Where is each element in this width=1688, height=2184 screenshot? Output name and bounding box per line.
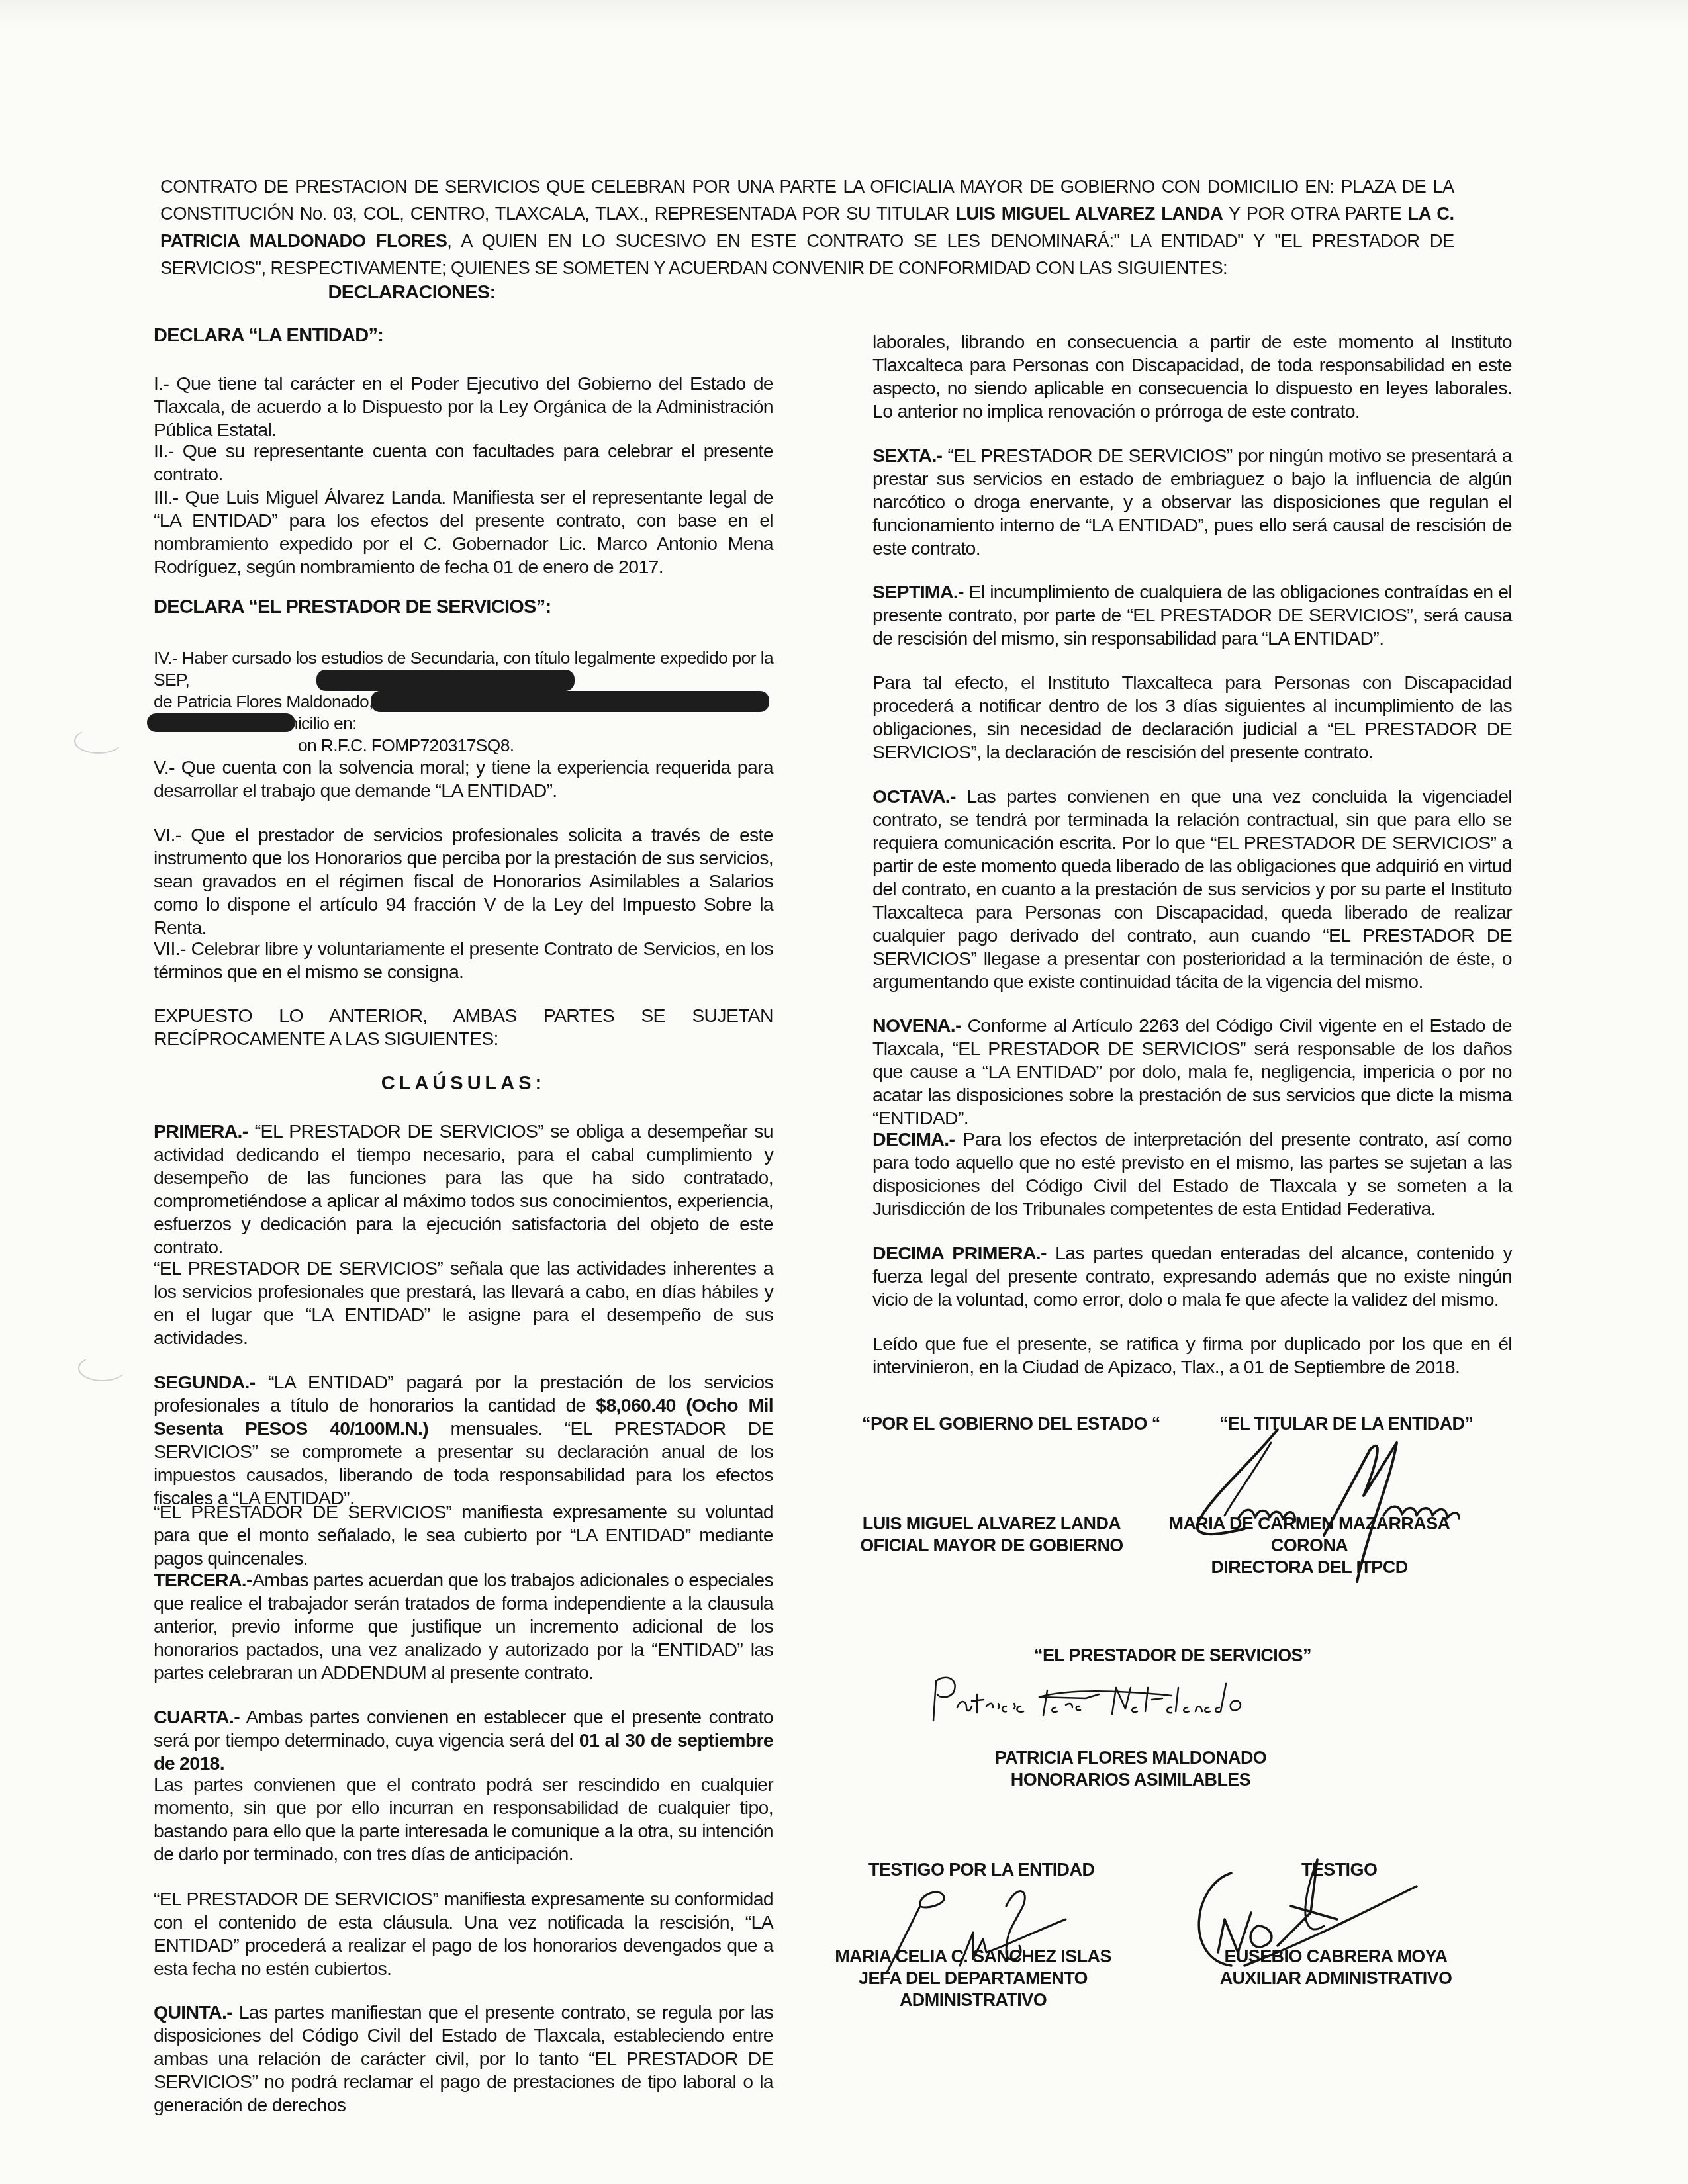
clausula-cuarta-p3: “EL PRESTADOR DE SERVICIOS” manifiesta e…: [154, 1888, 773, 1981]
clausula-quinta: QUINTA.- Las partes manifiestan que el p…: [154, 2001, 773, 2117]
clausula-cuarta-p2: Las partes convienen que el contrato pod…: [154, 1774, 773, 1866]
testigo1-signer: MARIA CELIA C. SANCHEZ ISLAS JEFA DEL DE…: [827, 1946, 1119, 2011]
declaracion-I: I.- Que tiene tal carácter en el Poder E…: [154, 373, 773, 442]
declara-entidad-heading: DECLARA “LA ENTIDAD”:: [154, 324, 773, 347]
contract-intro: CONTRATO DE PRESTACION DE SERVICIOS QUE …: [160, 173, 1454, 282]
clausula-segunda: SEGUNDA.- “LA ENTIDAD” pagará por la pre…: [154, 1371, 773, 1510]
declaracion-V: V.- Que cuenta con la solvencia moral; y…: [154, 756, 773, 803]
clausula-decima: DECIMA.- Para los efectos de interpretac…: [872, 1128, 1512, 1221]
clausula-primera-p2: “EL PRESTADOR DE SERVICIOS” señala que l…: [154, 1257, 773, 1350]
declaracion-III: III.- Que Luis Miguel Álvarez Landa. Man…: [154, 486, 773, 579]
declara-prestador-heading: DECLARA “EL PRESTADOR DE SERVICIOS”:: [154, 596, 773, 619]
redaction-bar: [371, 691, 769, 712]
clausula-segunda-p2: “EL PRESTADOR DE SERVICIOS” manifiesta e…: [154, 1501, 773, 1570]
clausula-octava: OCTAVA.- Las partes convienen en que una…: [872, 786, 1512, 994]
clausula-primera: PRIMERA.- “EL PRESTADOR DE SERVICIOS” se…: [154, 1120, 773, 1259]
clausula-septima-p2: Para tal efecto, el Instituto Tlaxcaltec…: [872, 672, 1512, 764]
declaracion-IV: IV.- Haber cursado los estudios de Secun…: [154, 647, 773, 756]
clausula-sexta: SEXTA.- “EL PRESTADOR DE SERVICIOS” por …: [872, 445, 1512, 561]
declaracion-VI: VI.- Que el prestador de servicios profe…: [154, 824, 773, 940]
scan-edge-shadow: [0, 0, 1688, 26]
declaracion-VII: VII.- Celebrar libre y voluntariamente e…: [154, 938, 773, 984]
leido-paragraph: Leído que fue el presente, se ratifica y…: [872, 1333, 1512, 1379]
gobierno-label: “POR EL GOBIERNO DEL ESTADO “: [862, 1414, 1160, 1434]
prestador-label: “EL PRESTADOR DE SERVICIOS”: [1034, 1645, 1311, 1666]
clausula-novena: NOVENA.- Conforme al Artículo 2263 del C…: [872, 1015, 1512, 1130]
clausula-septima: SEPTIMA.- El incumplimiento de cualquier…: [872, 581, 1512, 651]
punch-hole-mark: [78, 1355, 126, 1381]
prestador-signature: [920, 1668, 1264, 1734]
prestador-signer: PATRICIA FLORES MALDONADO HONORARIOS ASI…: [972, 1747, 1289, 1791]
clausula-decima-primera: DECIMA PRIMERA.- Las partes quedan enter…: [872, 1242, 1512, 1312]
punch-hole-mark: [74, 728, 122, 754]
gobierno-signer: LUIS MIGUEL ALVAREZ LANDA OFICIAL MAYOR …: [859, 1513, 1124, 1557]
titular-name: LUIS MIGUEL ALVAREZ LANDA: [955, 203, 1223, 224]
clausula-cuarta: CUARTA.- Ambas partes convienen en estab…: [154, 1706, 773, 1776]
declaracion-II: II.- Que su representante cuenta con fac…: [154, 440, 773, 486]
declaraciones-heading: DECLARACIONES:: [154, 281, 670, 304]
testigo2-signer: EUSEBIO CABRERA MOYA AUXILIAR ADMINISTRA…: [1217, 1946, 1455, 1989]
clausulas-heading: CLAÚSULAS:: [154, 1072, 773, 1095]
expuesto-paragraph: EXPUESTO LO ANTERIOR, AMBAS PARTES SE SU…: [154, 1005, 773, 1051]
redaction-bar: [147, 713, 295, 732]
redaction-bar: [316, 670, 575, 691]
clausula-quinta-cont: laborales, librando en consecuencia a pa…: [872, 331, 1512, 424]
clausula-tercera: TERCERA.-Ambas partes acuerdan que los t…: [154, 1569, 773, 1685]
titular-signer: MARIA DE CARMEN MAZARRASA CORONA DIRECTO…: [1150, 1513, 1468, 1578]
contract-page: CONTRATO DE PRESTACION DE SERVICIOS QUE …: [0, 0, 1688, 2184]
